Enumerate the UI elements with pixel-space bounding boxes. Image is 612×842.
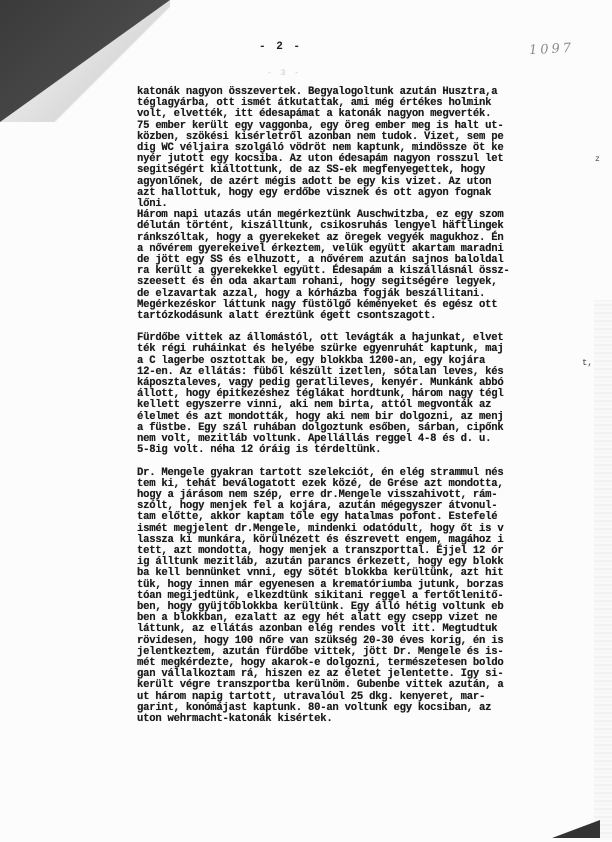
text-line: 5-8ig volt. néha 12 óráig is térdeltünk. (137, 445, 597, 456)
text-line: délután történt, kiszálltunk, csikosruhá… (137, 221, 597, 232)
paragraph: katonák nagyon összevertek. Begyalogoltu… (137, 87, 597, 322)
text-line: tam előtte, akkor kaptam tőle egy hatalm… (137, 512, 597, 523)
ghost-page-number: - 3 - (267, 69, 301, 78)
text-line: ba kell bennünket vnni, egy sötét blokkb… (137, 568, 597, 579)
paragraph: Dr. Mengele gyakran tartott szelekciót, … (137, 468, 597, 726)
scanned-page: - 2 - - 3 - 1097 z t, katonák nagyon öss… (0, 0, 612, 842)
bottom-corner-fold (552, 820, 600, 838)
typewritten-body: katonák nagyon összevertek. Begyalogoltu… (137, 87, 597, 725)
text-line: uton wehrmacht-katonák kisértek. (137, 714, 597, 725)
text-line: ték régi ruháinkat és helyébe szürke egy… (137, 344, 597, 355)
text-line: azt hallottuk, hogy egy erdőbe visznek é… (137, 188, 597, 199)
paragraph: Fürdőbe vittek az állomástól, ott levágt… (137, 333, 597, 456)
text-line: szeesett és én oda akartam rohani, hogy … (137, 277, 597, 288)
handwritten-archive-number: 1097 (529, 41, 575, 58)
text-line: volt, elvették, itt édesapámat a katonák… (137, 109, 597, 120)
text-line: segitségért kiáltottunk, de az SS-ek meg… (137, 165, 597, 176)
text-line: láttunk, az ellátás azonban elég rendes … (137, 624, 597, 635)
text-line: tartózkodásunk alatt éreztünk égett cson… (137, 311, 597, 322)
text-line: került végre transzportba kerülnöm. Gube… (137, 680, 597, 691)
page-number: - 2 - (259, 41, 302, 53)
text-line: kellett egyszerre vinni, aki nem birta, … (137, 400, 597, 411)
